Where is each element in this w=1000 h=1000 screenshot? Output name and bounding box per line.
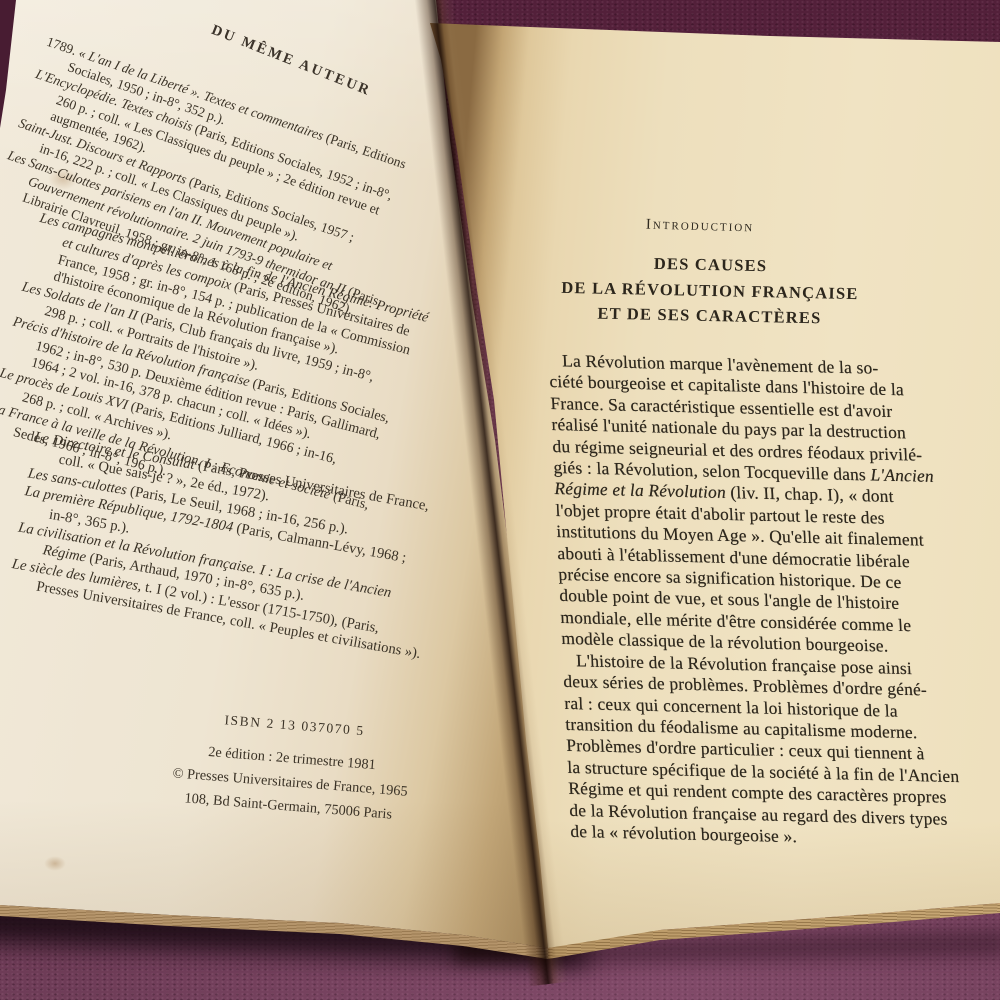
- chapter-heading: DES CAUSES DE LA RÉVOLUTION FRANÇAISE ET…: [539, 248, 881, 332]
- paper-stain: [44, 856, 66, 871]
- left-page-title: DU MÊME AUTEUR: [209, 22, 374, 100]
- imprint-block: ISBN 2 13 037070 5 2e édition : 2e trime…: [138, 702, 445, 830]
- body-text: La Révolution marque l'avènement de la s…: [548, 350, 1000, 857]
- section-title: Introduction: [560, 214, 840, 238]
- book-photo-scene: DU MÊME AUTEUR 1789. « L'an I de la Libe…: [0, 0, 1000, 1000]
